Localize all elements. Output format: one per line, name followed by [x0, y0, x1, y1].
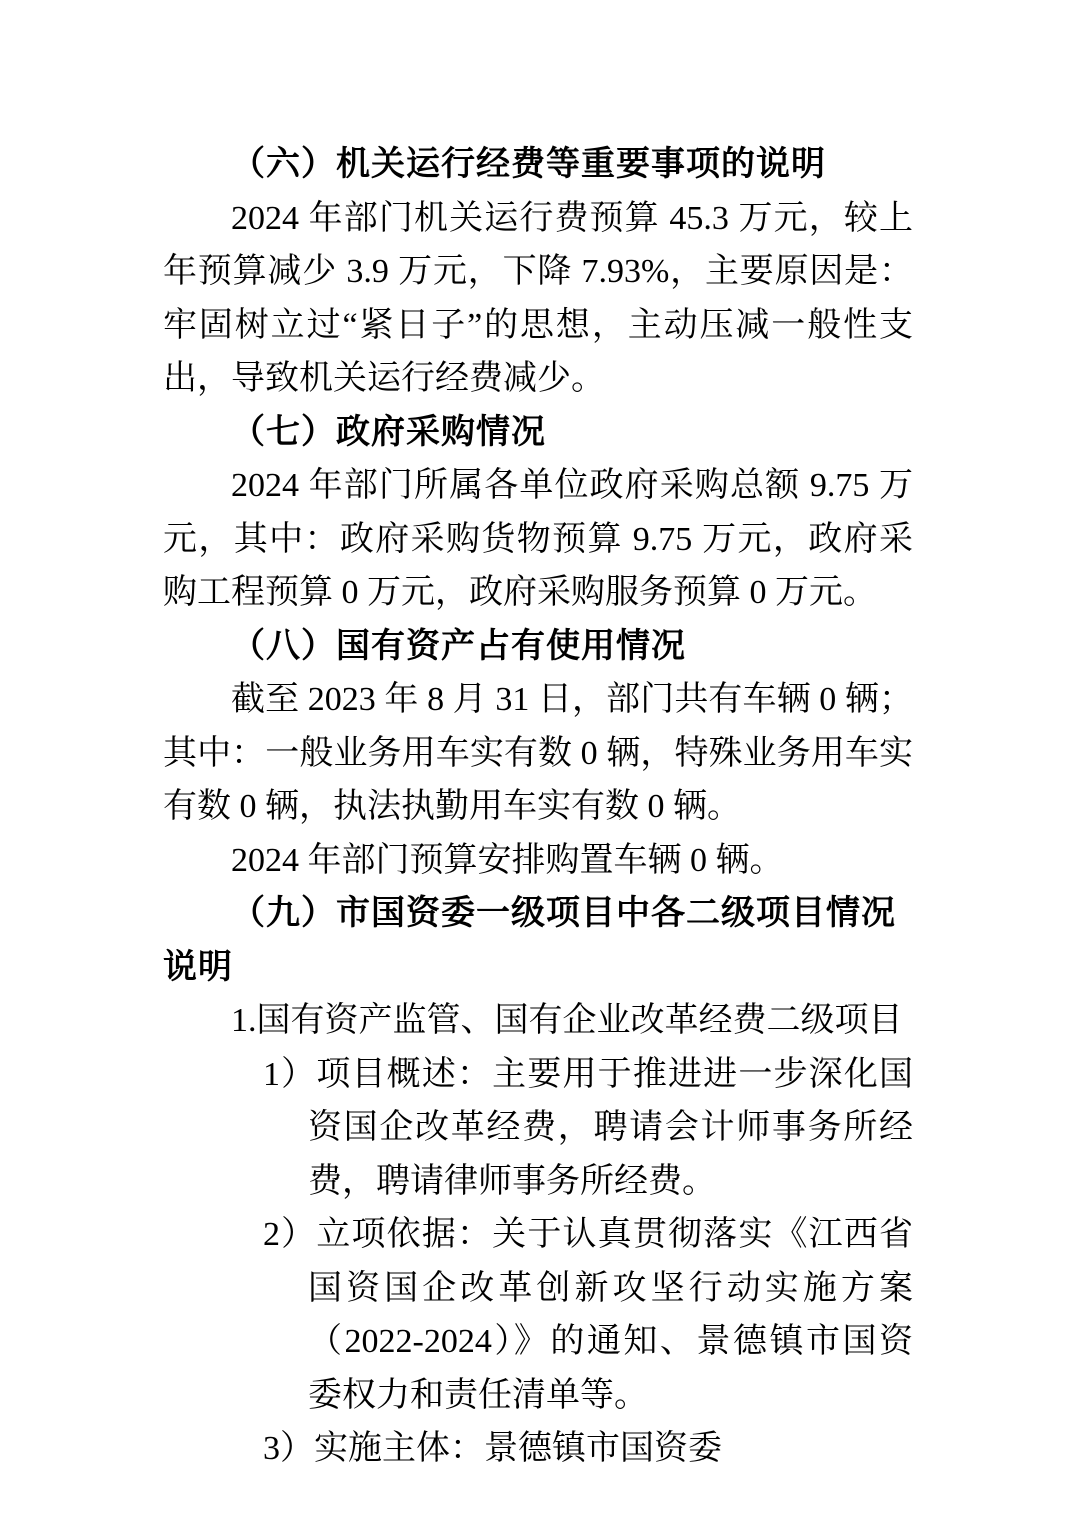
section-heading-9: （九）市国资委一级项目中各二级项目情况说明: [163, 887, 913, 994]
paragraph-state-assets: 截至 2023 年 8 月 31 日，部门共有车辆 0 辆；其中：一般业务用车实…: [163, 673, 913, 834]
document-page: （六）机关运行经费等重要事项的说明 2024 年部门机关运行费预算 45.3 万…: [0, 0, 1074, 1520]
list-item-1-overview: 1）项目概述：主要用于推进进一步深化国资国企改革经费，聘请会计师事务所经费，聘请…: [163, 1048, 913, 1209]
section-heading-8: （八）国有资产占有使用情况: [163, 620, 913, 674]
list-item-2-basis: 2）立项依据：关于认真贯彻落实《江西省国资国企改革创新攻坚行动实施方案（2022…: [163, 1208, 913, 1422]
section-heading-6: （六）机关运行经费等重要事项的说明: [163, 138, 913, 192]
paragraph-project-title: 1.国有资产监管、国有企业改革经费二级项目: [163, 994, 913, 1048]
section-heading-7: （七）政府采购情况: [163, 406, 913, 460]
list-item-3-entity: 3）实施主体：景德镇市国资委: [163, 1422, 913, 1476]
paragraph-vehicle-budget: 2024 年部门预算安排购置车辆 0 辆。: [163, 834, 913, 888]
paragraph-procurement: 2024 年部门所属各单位政府采购总额 9.75 万元，其中：政府采购货物预算 …: [163, 459, 913, 620]
paragraph-operating-fund: 2024 年部门机关运行费预算 45.3 万元，较上年预算减少 3.9 万元，下…: [163, 192, 913, 406]
